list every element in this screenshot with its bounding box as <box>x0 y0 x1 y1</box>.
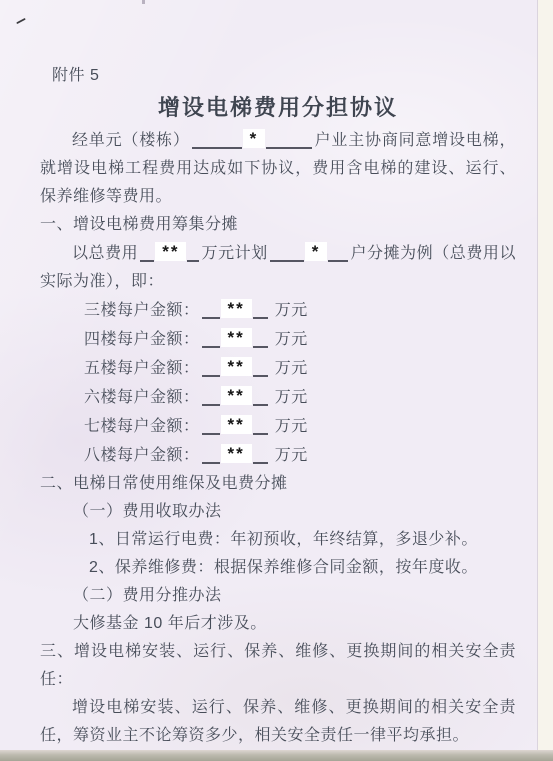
floor-amount-row: 七楼每户金额：** 万元 <box>84 412 516 441</box>
redaction-asterisk: ** <box>221 386 252 405</box>
blank-underline <box>266 143 312 149</box>
scan-speck-mark <box>16 18 26 24</box>
amount-unit: 万元 <box>275 418 308 435</box>
redaction-asterisk: ** <box>221 357 252 376</box>
blank-underline <box>253 458 268 464</box>
blank-underline <box>253 371 268 377</box>
blank-underline <box>202 429 220 435</box>
section3-paragraph: 增设电梯安装、运行、保养、维修、更换期间的相关安全责任，筹资业主不论筹资多少，相… <box>40 694 516 750</box>
floor-amount-blank: ** <box>202 300 268 319</box>
blank-underline <box>253 400 268 406</box>
intro-paragraph: 经单元（楼栋）*户业主协商同意增设电梯，就增设电梯工程费用达成如下协议，费用含电… <box>40 126 516 211</box>
amount-unit: 万元 <box>275 360 308 377</box>
floor-label: 七楼每户金额： <box>84 418 200 435</box>
floor-amount-row: 八楼每户金额：** 万元 <box>84 441 516 470</box>
scan-bottom-shadow <box>0 750 553 761</box>
floor-amount-row: 四楼每户金额：** 万元 <box>84 325 516 354</box>
document-title: 增设电梯费用分担协议 <box>40 91 516 125</box>
electricity-fee-item: 1、日常运行电费：年初预收，年终结算，多退少补。 <box>40 526 516 554</box>
attachment-label: 附件 5 <box>52 62 516 90</box>
floor-label: 三楼每户金额： <box>84 302 200 319</box>
floor-amount-row: 六楼每户金额：** 万元 <box>84 383 516 412</box>
floor-amount-list: 三楼每户金额：** 万元 四楼每户金额：** 万元 五楼每户金额：** 万元 六… <box>40 296 516 470</box>
redaction-asterisk: * <box>243 129 266 148</box>
blank-underline <box>187 256 199 262</box>
scanned-page: 附件 5 增设电梯费用分担协议 经单元（楼栋）*户业主协商同意增设电梯，就增设电… <box>0 0 553 761</box>
blank-total-cost: ** <box>140 243 199 262</box>
floor-amount-blank: ** <box>202 329 268 348</box>
redaction-asterisk: ** <box>221 299 252 318</box>
blank-underline <box>253 342 268 348</box>
blank-underline <box>202 313 220 319</box>
example-text-1: 以总费用 <box>72 245 138 262</box>
blank-underline <box>328 256 348 262</box>
blank-underline <box>270 256 304 262</box>
section2-heading: 二、电梯日常使用维保及电费分摊 <box>40 470 516 498</box>
section3-heading: 三、增设电梯安装、运行、保养、维修、更换期间的相关安全责任： <box>40 638 516 694</box>
blank-underline <box>202 400 220 406</box>
amount-unit: 万元 <box>275 302 308 319</box>
scan-edge-strip <box>537 0 553 751</box>
blank-underline <box>253 313 268 319</box>
blank-household-count: * <box>270 243 349 262</box>
cost-example-line: 以总费用**万元计划*户分摊为例（总费用以实际为准），即： <box>40 239 516 296</box>
blank-underline <box>202 458 220 464</box>
floor-amount-blank: ** <box>202 445 268 464</box>
fee-sharing-subheading: （二）费用分推办法 <box>40 582 516 610</box>
maintenance-fee-item: 2、保养维修费：根据保养维修合同金额，按年度收。 <box>40 554 516 582</box>
floor-amount-blank: ** <box>202 387 268 406</box>
floor-amount-blank: ** <box>202 416 268 435</box>
floor-amount-row: 五楼每户金额：** 万元 <box>84 354 516 383</box>
scan-top-edge-mark <box>142 0 145 4</box>
amount-unit: 万元 <box>275 331 308 348</box>
blank-building-unit: * <box>192 130 313 149</box>
amount-unit: 万元 <box>275 389 308 406</box>
intro-text-before: 经单元（楼栋） <box>72 132 190 149</box>
example-text-2: 万元计划 <box>201 245 267 262</box>
floor-label: 五楼每户金额： <box>84 360 200 377</box>
redaction-asterisk: ** <box>155 242 186 261</box>
redaction-asterisk: ** <box>221 444 252 463</box>
floor-label: 六楼每户金额： <box>84 389 200 406</box>
floor-label: 八楼每户金额： <box>84 447 200 464</box>
floor-amount-blank: ** <box>202 358 268 377</box>
repair-fund-note: 大修基金 10 年后才涉及。 <box>40 610 516 638</box>
blank-underline <box>202 342 220 348</box>
floor-amount-row: 三楼每户金额：** 万元 <box>84 296 516 325</box>
redaction-asterisk: ** <box>221 415 252 434</box>
redaction-asterisk: ** <box>221 328 252 347</box>
blank-underline <box>253 429 268 435</box>
blank-underline <box>192 143 242 149</box>
blank-underline <box>202 371 220 377</box>
amount-unit: 万元 <box>275 447 308 464</box>
blank-underline <box>140 256 154 262</box>
document-body: 附件 5 增设电梯费用分担协议 经单元（楼栋）*户业主协商同意增设电梯，就增设电… <box>40 62 516 750</box>
floor-label: 四楼每户金额： <box>84 331 200 348</box>
fee-collection-subheading: （一）费用收取办法 <box>40 498 516 526</box>
section1-heading: 一、增设电梯费用筹集分摊 <box>40 211 516 239</box>
redaction-asterisk: * <box>305 242 328 261</box>
